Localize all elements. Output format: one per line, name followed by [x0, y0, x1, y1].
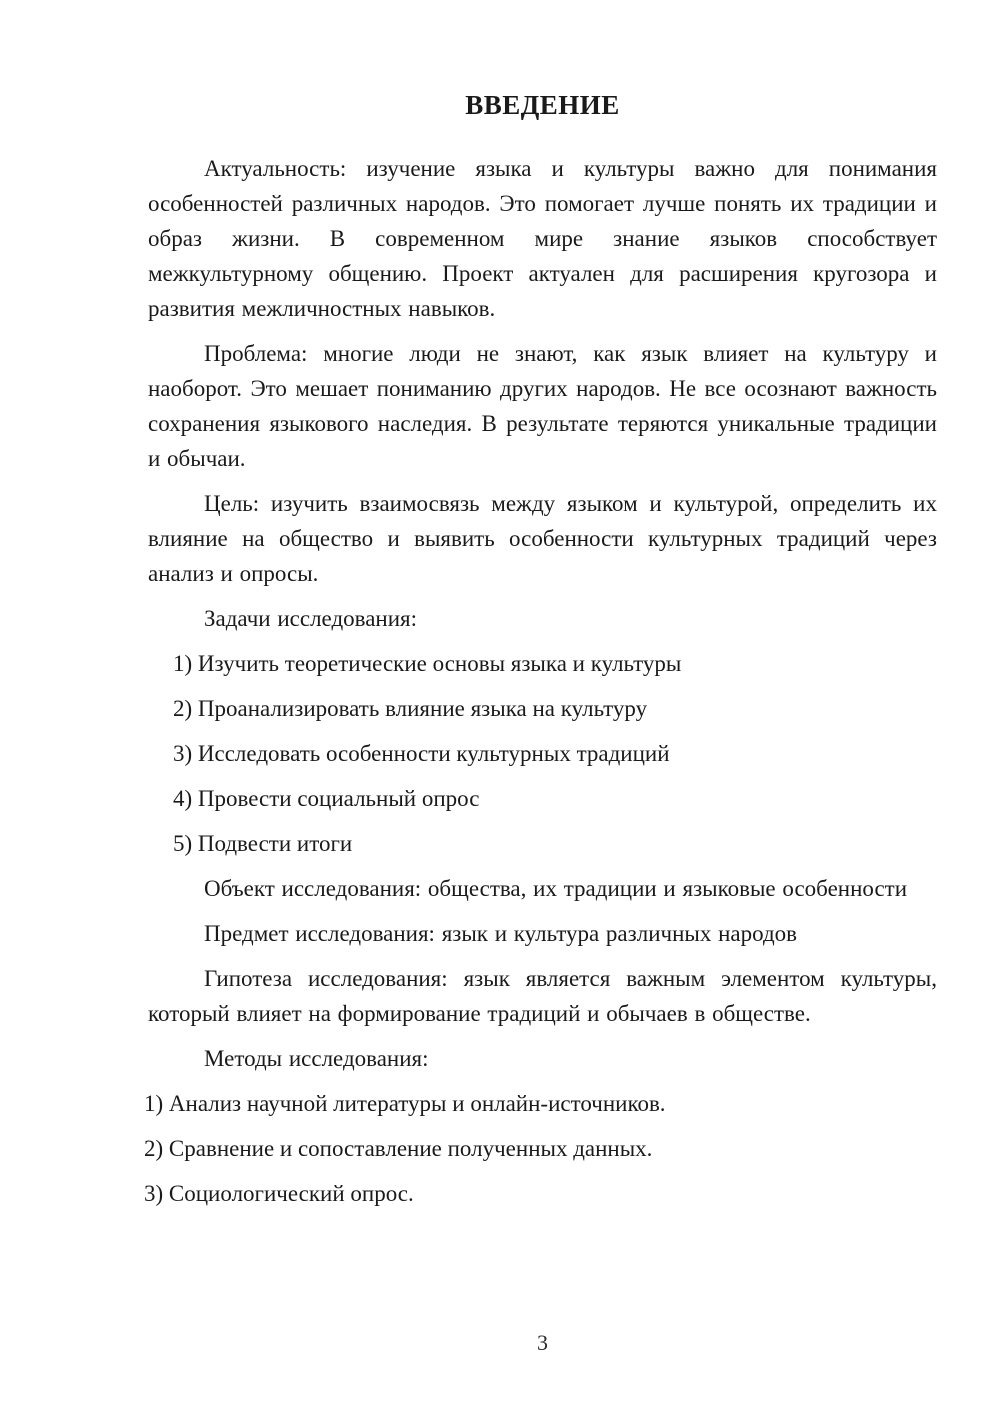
list-item: 1) Анализ научной литературы и онлайн-ис… [144, 1086, 937, 1121]
tasks-list: 1) Изучить теоретические основы языка и … [148, 646, 937, 861]
list-item: 3) Исследовать особенности культурных тр… [148, 736, 937, 771]
list-item: 4) Провести социальный опрос [148, 781, 937, 816]
paragraph-object: Объект исследования: общества, их традиц… [148, 871, 937, 906]
paragraph-hypothesis: Гипотеза исследования: язык является важ… [148, 961, 937, 1031]
tasks-heading: Задачи исследования: [148, 601, 937, 636]
list-item: 2) Сравнение и сопоставление полученных … [144, 1131, 937, 1166]
list-item: 3) Социологический опрос. [144, 1176, 937, 1211]
page-title: ВВЕДЕНИЕ [148, 88, 937, 123]
list-item: 1) Изучить теоретические основы языка и … [148, 646, 937, 681]
methods-heading: Методы исследования: [148, 1041, 937, 1076]
page-number: 3 [148, 1330, 937, 1356]
list-item: 5) Подвести итоги [148, 826, 937, 861]
paragraph-relevance: Актуальность: изучение языка и культуры … [148, 151, 937, 326]
paragraph-goal: Цель: изучить взаимосвязь между языком и… [148, 486, 937, 591]
list-item: 2) Проанализировать влияние языка на кул… [148, 691, 937, 726]
paragraph-problem: Проблема: многие люди не знают, как язык… [148, 336, 937, 476]
methods-list: 1) Анализ научной литературы и онлайн-ис… [148, 1086, 937, 1211]
document-page: ВВЕДЕНИЕ Актуальность: изучение языка и … [0, 0, 1000, 1414]
paragraph-subject: Предмет исследования: язык и культура ра… [148, 916, 937, 951]
